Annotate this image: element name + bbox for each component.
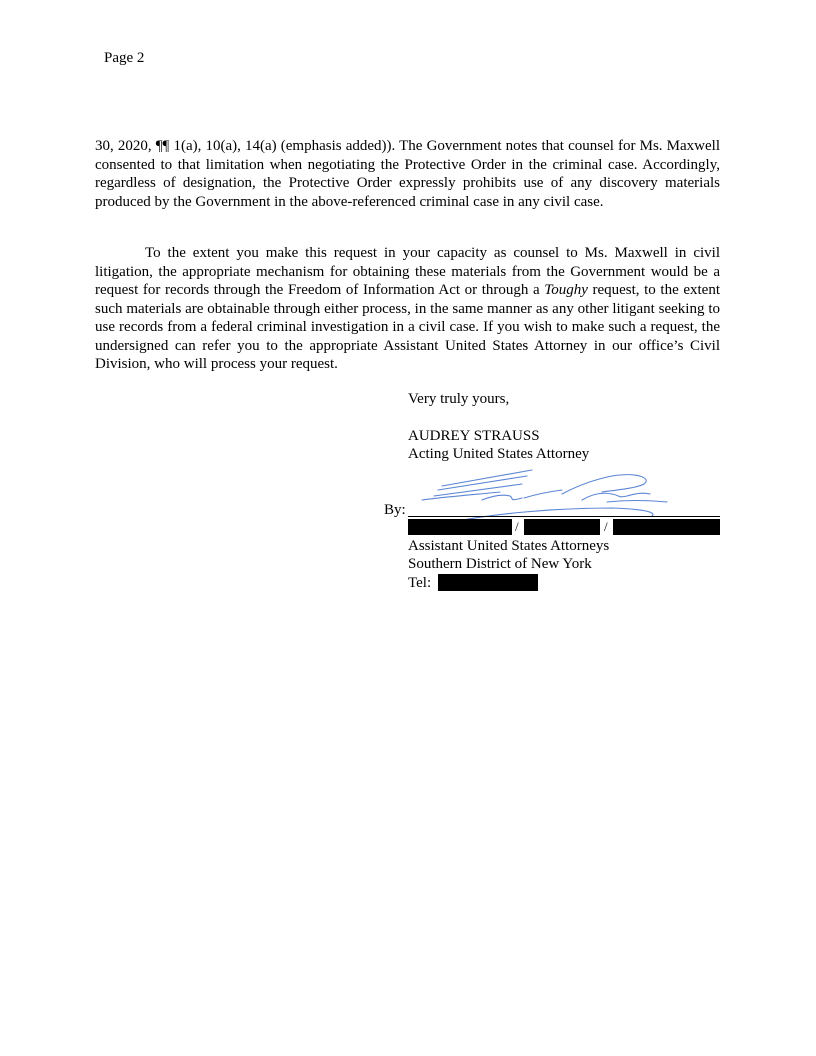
- redacted-signer-2: [524, 519, 600, 535]
- by-label: By:: [384, 501, 406, 519]
- page-number: Page 2: [104, 49, 144, 67]
- redacted-telephone: [438, 574, 538, 591]
- redacted-signer-1: [408, 519, 512, 535]
- signers-title: Assistant United States Attorneys: [408, 537, 609, 555]
- redacted-signer-3: [613, 519, 720, 535]
- office-name: Southern District of New York: [408, 555, 592, 573]
- toughy-italic: Toughy: [544, 282, 588, 298]
- body-paragraph-2: To the extent you make this request in y…: [95, 244, 720, 374]
- signer-separator-2: /: [604, 519, 608, 535]
- signatory-name: AUDREY STRAUSS: [408, 427, 540, 445]
- closing: Very truly yours,: [408, 390, 509, 408]
- signature-line: [408, 516, 720, 517]
- body-paragraph-1: 30, 2020, ¶¶ 1(a), 10(a), 14(a) (emphasi…: [95, 137, 720, 211]
- signatory-title: Acting United States Attorney: [408, 445, 589, 463]
- signer-separator-1: /: [515, 519, 519, 535]
- tel-label: Tel:: [408, 574, 431, 592]
